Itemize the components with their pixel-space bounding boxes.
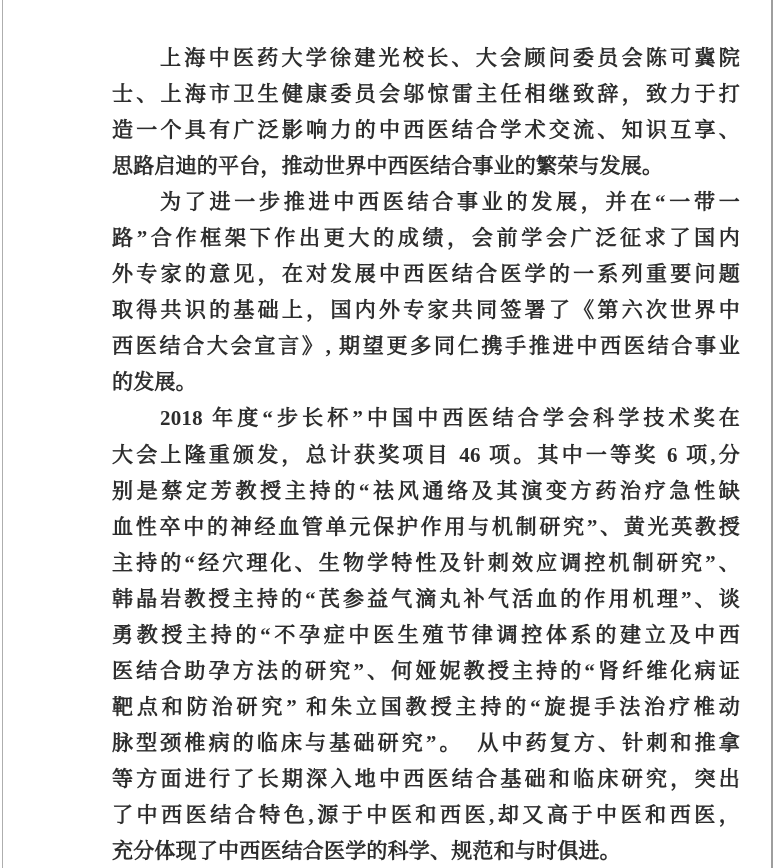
text-line: 2018 年度“步长杯”中国中西医结合学会科学技术奖在: [112, 400, 740, 436]
text-line: 韩晶岩教授主持的“芪参益气滴丸补气活血的作用机理”、谈: [112, 581, 740, 617]
text-line: 了中西医结合特色,源于中医和西医,却又高于中医和西医，: [112, 797, 740, 833]
text-line: 脉型颈椎病的临床与基础研究”。 从中药复方、针刺和推拿: [112, 725, 740, 761]
text-line: 别是蔡定芳教授主持的“祛风通络及其演变方药治疗急性缺: [112, 473, 740, 509]
text-line: 勇教授主持的“不孕症中医生殖节律调控体系的建立及中西: [112, 617, 740, 653]
page-left-edge: [2, 0, 3, 868]
text-line: 的发展。: [112, 364, 740, 400]
page-right-edge: [771, 0, 773, 868]
text-line: 等方面进行了长期深入地中西医结合基础和临床研究，突出: [112, 761, 740, 797]
paragraph: 为了进一步推进中西医结合事业的发展，并在“一带一 路”合作框架下作出更大的成绩，…: [112, 184, 740, 400]
text-line: 为了进一步推进中西医结合事业的发展，并在“一带一: [112, 184, 740, 220]
text-line: 外专家的意见，在对发展中西医结合医学的一系列重要问题: [112, 256, 740, 292]
text-line: 思路启迪的平台，推动世界中西医结合事业的繁荣与发展。: [112, 148, 740, 184]
text-line: 靶点和防治研究” 和朱立国教授主持的“旋提手法治疗椎动: [112, 689, 740, 725]
text-line: 医结合助孕方法的研究”、何娅妮教授主持的“肾纤维化病证: [112, 653, 740, 689]
text-line: 路”合作框架下作出更大的成绩，会前学会广泛征求了国内: [112, 220, 740, 256]
text-line: 士、上海市卫生健康委员会邬惊雷主任相继致辞，致力于打: [112, 76, 740, 112]
document-page: 上海中医药大学徐建光校长、大会顾问委员会陈可冀院 士、上海市卫生健康委员会邬惊雷…: [0, 0, 776, 868]
document-text: 上海中医药大学徐建光校长、大会顾问委员会陈可冀院 士、上海市卫生健康委员会邬惊雷…: [112, 40, 740, 868]
text-line: 大会上隆重颁发，总计获奖项目 46 项。其中一等奖 6 项,分: [112, 437, 740, 473]
text-line: 充分体现了中西医结合医学的科学、规范和与时俱进。: [112, 833, 740, 868]
text-line: 主持的“经穴理化、生物学特性及针刺效应调控机制研究”、: [112, 545, 740, 581]
text-line: 西医结合大会宣言》, 期望更多同仁携手推进中西医结合事业: [112, 328, 740, 364]
paragraph: 上海中医药大学徐建光校长、大会顾问委员会陈可冀院 士、上海市卫生健康委员会邬惊雷…: [112, 40, 740, 184]
text-line: 上海中医药大学徐建光校长、大会顾问委员会陈可冀院: [112, 40, 740, 76]
paragraph: 2018 年度“步长杯”中国中西医结合学会科学技术奖在 大会上隆重颁发，总计获奖…: [112, 400, 740, 868]
text-line: 造一个具有广泛影响力的中西医结合学术交流、知识互享、: [112, 112, 740, 148]
text-line: 取得共识的基础上，国内外专家共同签署了《第六次世界中: [112, 292, 740, 328]
text-line: 血性卒中的神经血管单元保护作用与机制研究”、黄光英教授: [112, 509, 740, 545]
